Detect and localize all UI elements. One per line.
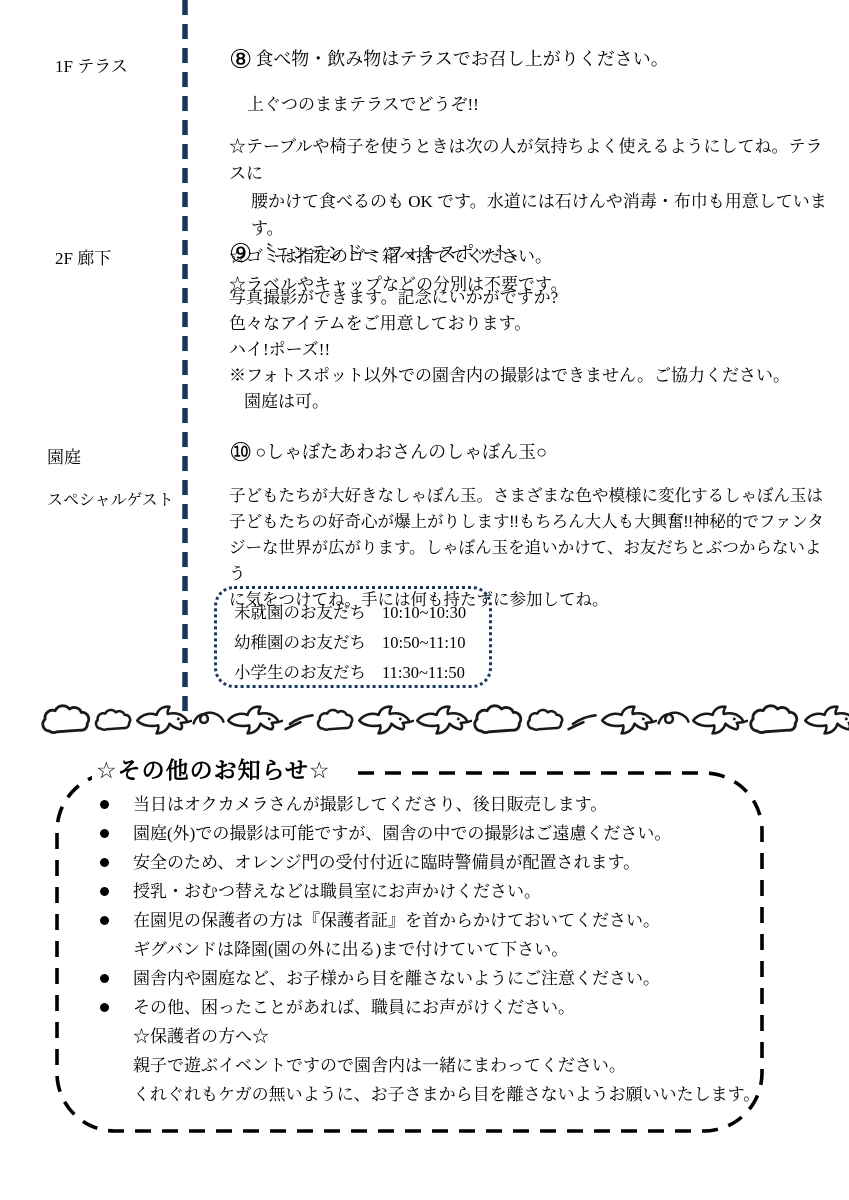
bird-icon: [225, 702, 283, 739]
event-notice-page: 1F テラス 2F 廊下 園庭 スペシャルゲスト ⑧ 食べ物・飲み物はテラスでお…: [0, 0, 849, 1200]
section-photo-spot: ⑨ 〝ニンテンドー フォトスポット〟 写真撮影ができます。記念にいかがですか? …: [229, 238, 834, 415]
section-bubble-show-heading: ⑩ ○しゃぼたあわおさんのしゃぼん玉○: [229, 437, 834, 467]
schedule-time: 10:10~10:30: [382, 598, 466, 628]
cloud-small-icon: [316, 707, 356, 734]
other-notices-heading: ☆その他のお知らせ☆: [92, 753, 353, 787]
circled-number-8: ⑧: [229, 46, 252, 72]
photo-spot-line-2: 色々なアイテムをご用意しております。: [229, 311, 834, 337]
section-terrace-title: 食べ物・飲み物はテラスでお召し上がりください。: [255, 44, 668, 74]
swirl-icon: [657, 709, 690, 731]
notice-text: 園舎内や園庭など、お子様から目を離さないようにご注意ください。: [133, 966, 660, 991]
terrace-invite-line: 上ぐつのままテラスでどうぞ!!: [247, 91, 834, 118]
notice-text: くれぐれもケガの無いように、お子さまから目を離さないようお願いいたします。: [133, 1082, 760, 1107]
section-photo-spot-heading: ⑨ 〝ニンテンドー フォトスポット〟: [229, 238, 834, 268]
photo-spot-line-3: ハイ!ポーズ!!: [229, 337, 834, 363]
bullet-icon: [100, 829, 109, 838]
notice-item-parents-heading: ☆保護者の方へ☆: [92, 1024, 752, 1053]
terrace-note-1: ☆テーブルや椅子を使うときは次の人が気持ちよく使えるようにしてね。テラスに: [229, 133, 834, 187]
notice-item-continuation: くれぐれもケガの無いように、お子さまから目を離さないようお願いいたします。: [92, 1082, 752, 1111]
location-label-terrace: 1F テラス: [55, 52, 128, 77]
section-terrace-heading: ⑧ 食べ物・飲み物はテラスでお召し上がりください。: [229, 44, 834, 74]
notice-item-continuation: 親子で遊ぶイベントですので園舎内は一緒にまわってください。: [92, 1053, 752, 1082]
notice-text: 当日はオクカメラさんが撮影してくださり、後日販売します。: [133, 792, 607, 817]
notice-item: 在園児の保護者の方は『保護者証』を首からかけておいてください。: [92, 908, 752, 937]
slashes-icon: [566, 710, 599, 731]
terrace-note-1b: 腰かけて食べるのも OK です。水道には石けんや消毒・布巾も用意しています。: [251, 188, 834, 242]
bird-icon: [134, 702, 192, 739]
swirl-icon: [192, 709, 225, 731]
bubble-para-line-1: 子どもたちが大好きなしゃぼん玉。さまざまな色や模様に変化するしゃぼん玉は: [229, 483, 834, 509]
bird-icon: [690, 702, 748, 739]
schedule-row: 小学生のお友だち 11:30~11:50: [234, 658, 489, 688]
bullet-icon: [100, 1003, 109, 1012]
vertical-dashed-divider: [182, 0, 188, 716]
location-label-corridor: 2F 廊下: [55, 244, 111, 269]
other-notices-list: 当日はオクカメラさんが撮影してくださり、後日販売します。 園庭(外)での撮影は可…: [92, 792, 752, 1111]
notice-item: 当日はオクカメラさんが撮影してくださり、後日販売します。: [92, 792, 752, 821]
notice-text: 安全のため、オレンジ門の受付付近に臨時警備員が配置されます。: [133, 850, 640, 875]
notice-text: ギグバンドは降園(園の外に出る)まで付けていて下さい。: [133, 937, 568, 962]
bullet-icon: [100, 916, 109, 925]
notice-item: その他、困ったことがあれば、職員にお声がけください。: [92, 995, 752, 1024]
notice-item: 園庭(外)での撮影は可能ですが、園舎の中での撮影はご遠慮ください。: [92, 821, 752, 850]
notice-text: 授乳・おむつ替えなどは職員室にお声かけください。: [133, 879, 541, 904]
bird-icon: [802, 702, 849, 739]
divider-row: [40, 694, 818, 746]
photo-spot-line-5: 園庭は可。: [244, 389, 834, 415]
notice-text: 親子で遊ぶイベントですので園舎内は一緒にまわってください。: [133, 1053, 626, 1078]
bubble-para-line-3: ジーな世界が広がります。しゃぼん玉を追いかけて、お友だちとぶつからないよう: [229, 535, 834, 587]
notice-text: 園庭(外)での撮影は可能ですが、園舎の中での撮影はご遠慮ください。: [133, 821, 671, 846]
circled-number-10: ⑩: [229, 439, 252, 465]
notice-item: 園舎内や園庭など、お子様から目を離さないようにご注意ください。: [92, 966, 752, 995]
section-bubble-show-title: ○しゃぼたあわおさんのしゃぼん玉○: [255, 437, 547, 467]
notice-item: 安全のため、オレンジ門の受付付近に臨時警備員が配置されます。: [92, 850, 752, 879]
section-photo-spot-title: 〝ニンテンドー フォトスポット〟: [255, 238, 528, 268]
bullet-icon: [100, 974, 109, 983]
schedule-group: 小学生のお友だち: [234, 658, 366, 688]
bullet-icon: [100, 887, 109, 896]
cloud-icon: [40, 702, 94, 738]
notice-item: 授乳・おむつ替えなどは職員室にお声かけください。: [92, 879, 752, 908]
cloud-icon: [472, 702, 526, 738]
notice-text: 在園児の保護者の方は『保護者証』を首からかけておいてください。: [133, 908, 660, 933]
location-label-garden: 園庭: [47, 443, 81, 468]
cloud-icon: [748, 702, 802, 738]
schedule-time: 11:30~11:50: [382, 658, 465, 688]
notice-text: ☆保護者の方へ☆: [133, 1024, 269, 1049]
circled-number-9: ⑨: [229, 240, 252, 266]
bird-icon: [356, 702, 414, 739]
cloud-small-icon: [94, 707, 134, 734]
bird-icon: [414, 702, 472, 739]
bubble-para-line-2: 子どもたちの好奇心が爆上がりします!!もちろん大人も大興奮!!神秘的でファンタ: [229, 509, 834, 535]
bullet-icon: [100, 858, 109, 867]
schedule-box: 未就園のお友だち 10:10~10:30 幼稚園のお友だち 10:50~11:1…: [214, 586, 492, 688]
location-label-special-guest: スペシャルゲスト: [47, 487, 174, 510]
photo-spot-line-1: 写真撮影ができます。記念にいかがですか?: [229, 285, 834, 311]
notice-item-continuation: ギグバンドは降園(園の外に出る)まで付けていて下さい。: [92, 937, 752, 966]
notice-text: その他、困ったことがあれば、職員にお声がけください。: [133, 995, 575, 1020]
photo-spot-line-4: ※フォトスポット以外での園舎内の撮影はできません。ご協力ください。: [229, 363, 834, 389]
schedule-group: 幼稚園のお友だち: [234, 628, 366, 658]
schedule-row: 未就園のお友だち 10:10~10:30: [234, 598, 489, 628]
schedule-group: 未就園のお友だち: [234, 598, 366, 628]
bird-icon: [599, 702, 657, 739]
schedule-row: 幼稚園のお友だち 10:50~11:10: [234, 628, 489, 658]
slashes-icon: [283, 710, 316, 731]
cloud-small-icon: [526, 707, 566, 734]
schedule-time: 10:50~11:10: [382, 628, 465, 658]
bullet-icon: [100, 800, 109, 809]
